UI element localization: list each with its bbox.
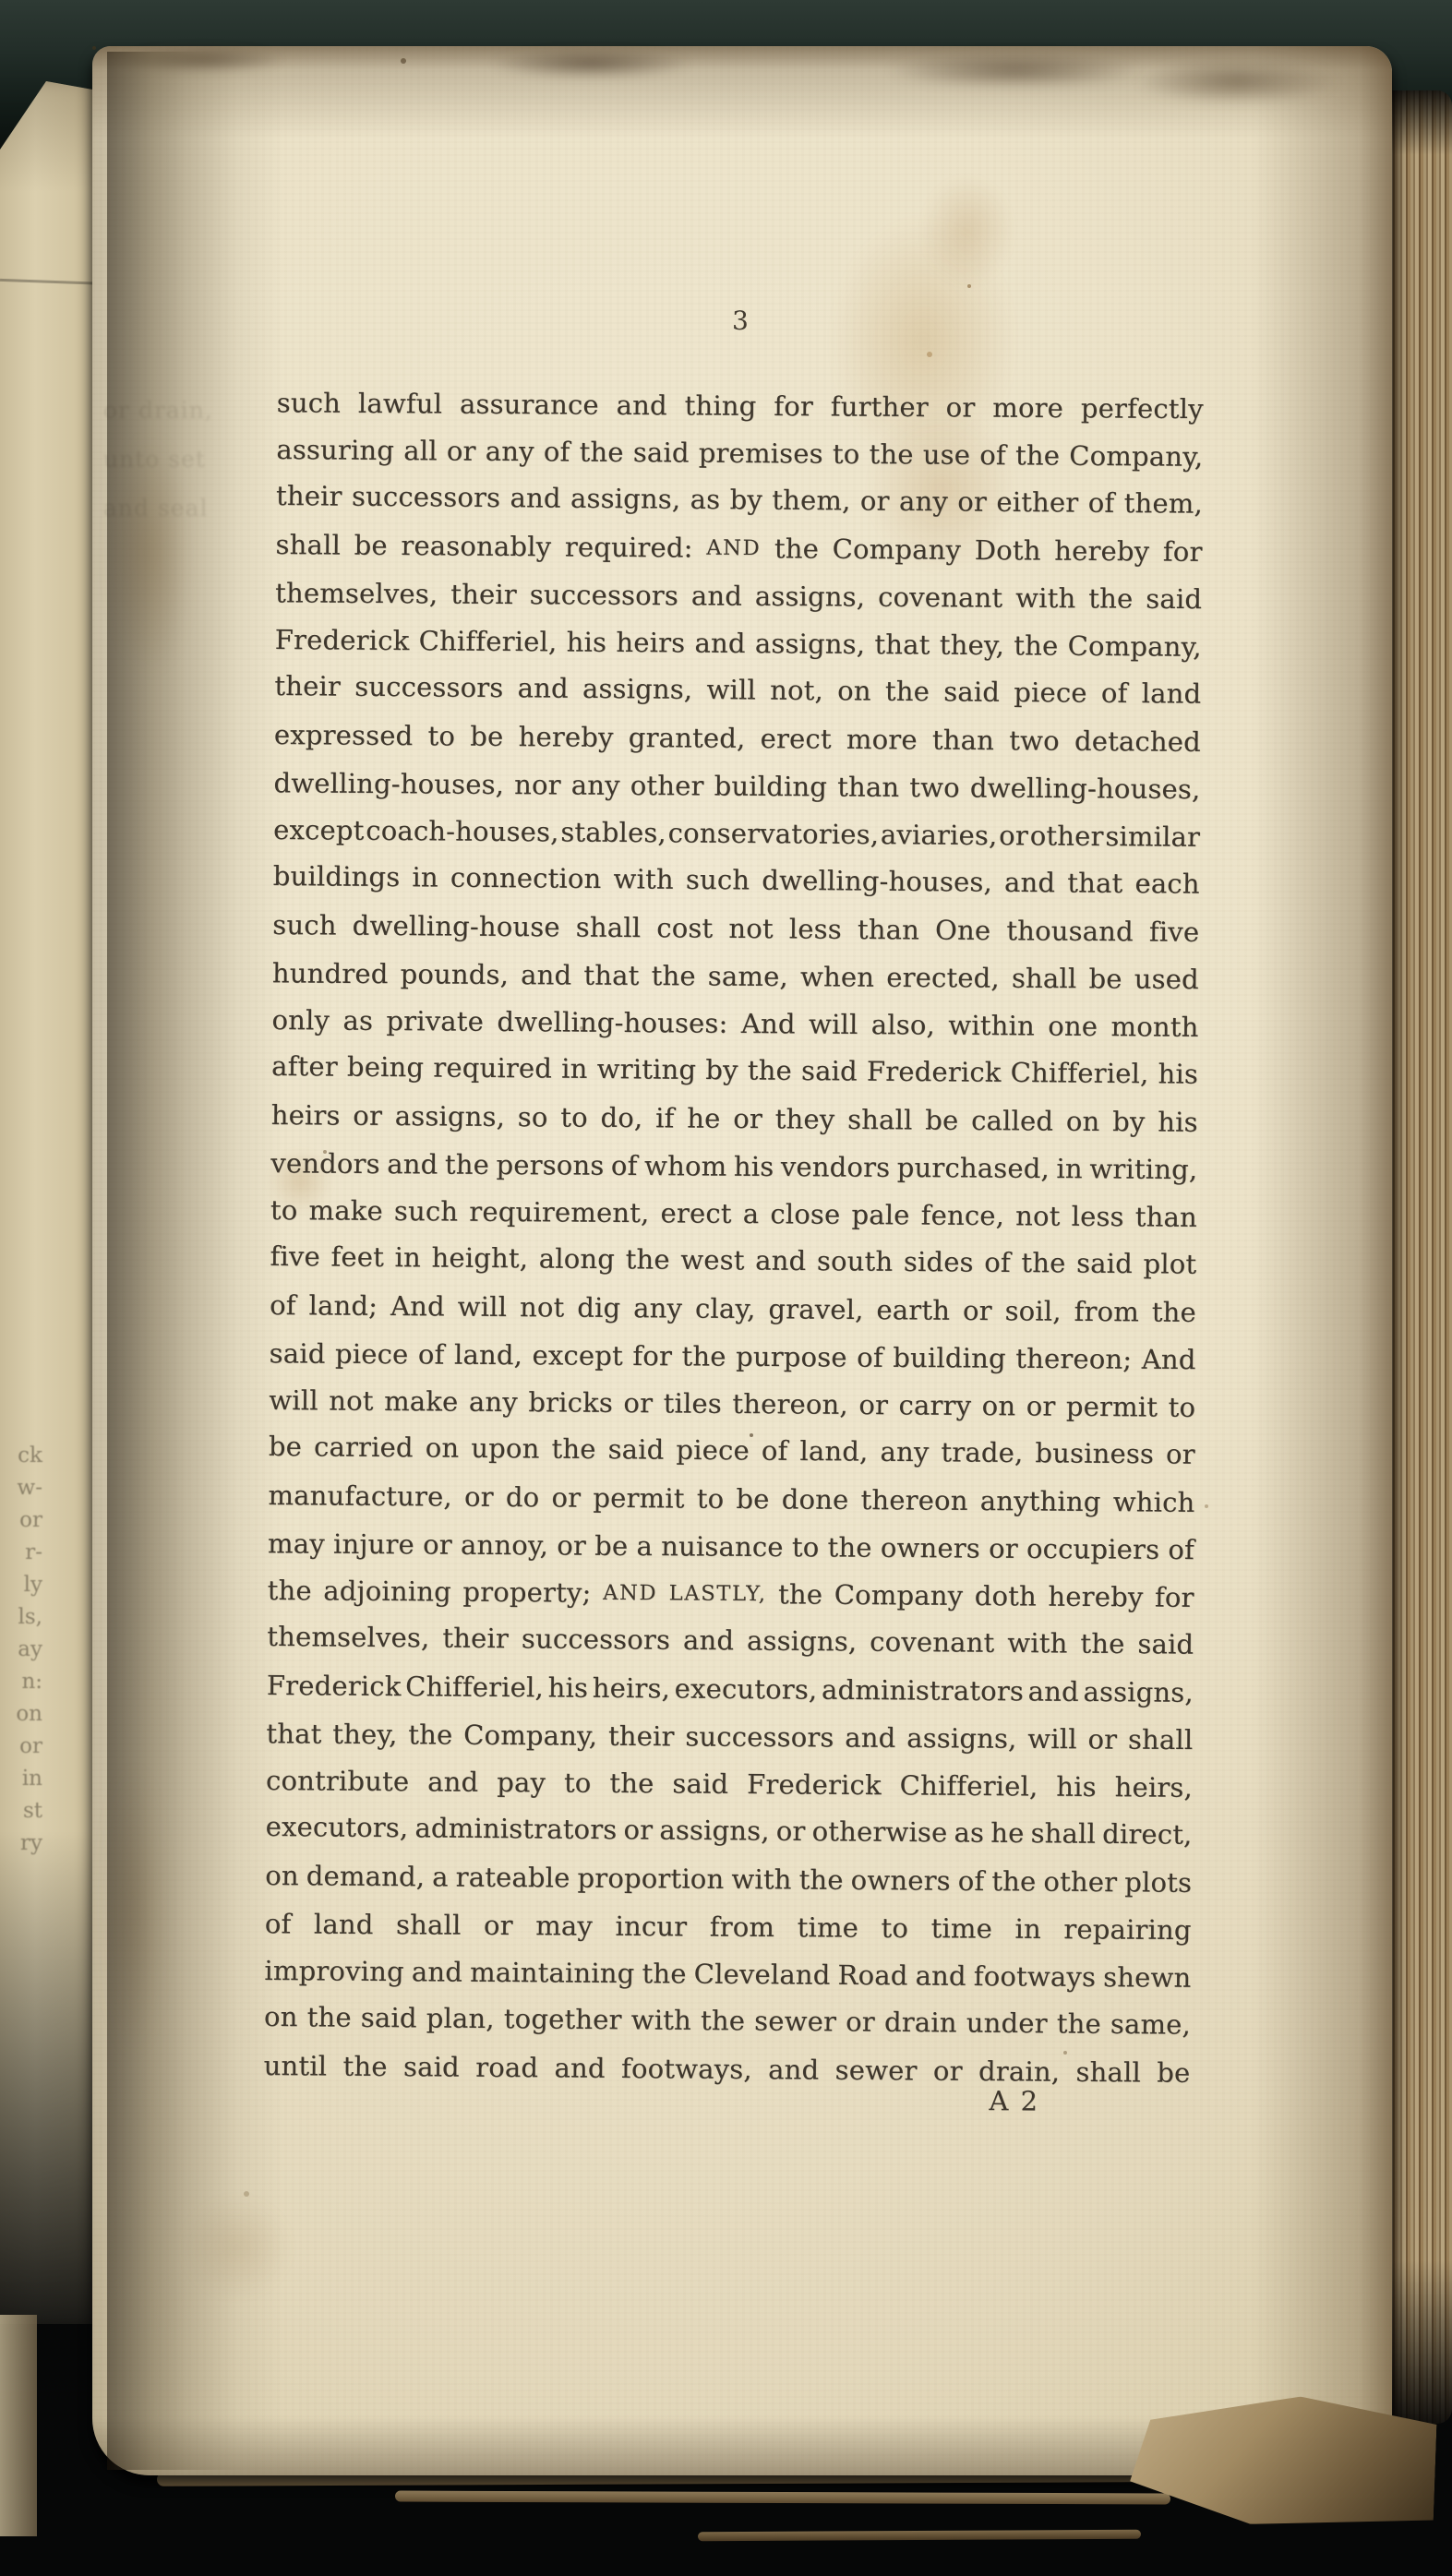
cut-off-text-fragment: st	[0, 1801, 42, 1822]
bleedthrough-text: unto set	[103, 435, 260, 484]
text-line: becarriedonuponthesaidpieceofland,anytra…	[269, 1428, 1195, 1483]
top-edge-grime	[886, 52, 1145, 89]
text-line: shallbereasonablyrequired:ANDtheCompanyD…	[275, 525, 1202, 580]
stain	[102, 1763, 166, 2058]
top-edge-grime	[1135, 57, 1338, 105]
text-line: saidpieceofland,exceptforthepurposeofbui…	[270, 1335, 1196, 1388]
cut-off-text-fragment: or	[0, 1510, 42, 1531]
book-photograph: ckw-orr-lyls,ayn:onorinstry or drain,unt…	[0, 0, 1452, 2576]
stain	[921, 175, 1014, 286]
cut-off-text-fragment: ry	[0, 1833, 42, 1854]
text-line: FrederickChifferiel,hisheirs,executors,a…	[267, 1666, 1194, 1720]
cut-off-text-fragment: r-	[0, 1542, 42, 1564]
text-line: hundredpounds,andthatthesame,whenerected…	[272, 954, 1199, 1008]
cut-off-text-fragment: n:	[0, 1671, 42, 1693]
cut-off-text-fragment: ls,	[0, 1607, 42, 1628]
text-line: theadjoiningproperty;ANDLASTLY,theCompan…	[267, 1571, 1194, 1625]
printed-text-block: 3 suchlawfulassuranceandthingforfurthero…	[263, 383, 1204, 2102]
text-line: onthesaidplan,togetherwiththesewerordrai…	[264, 1998, 1191, 2054]
cut-off-text-fragment: on	[0, 1704, 42, 1725]
text-line: assuringalloranyofthesaidpremisestotheus…	[276, 430, 1203, 485]
text-line: theirsuccessorsandassigns,asbythem,orany…	[276, 477, 1203, 533]
text-line: dwelling-houses,noranyotherbuildingthant…	[273, 764, 1200, 818]
page-number: 3	[277, 302, 1204, 340]
text-line: buildingsinconnectionwithsuchdwelling-ho…	[273, 857, 1200, 913]
text-line: onlyasprivatedwelling-houses:Andwillalso…	[271, 1000, 1198, 1055]
cut-off-text-fragment: w-	[0, 1478, 42, 1499]
text-line: executors,administratorsorassigns,orothe…	[265, 1808, 1192, 1863]
ink-specks	[92, 46, 96, 50]
body-text: suchlawfulassuranceandthingforfurtherorm…	[263, 383, 1204, 2102]
text-line: theirsuccessorsandassigns,willnot,onthes…	[274, 667, 1201, 723]
text-line: themselves,theirsuccessorsandassigns,cov…	[275, 574, 1202, 628]
text-line: afterbeingrequiredinwritingbythesaidFred…	[271, 1048, 1198, 1103]
text-line: tomakesuchrequirement,erectaclosepalefen…	[270, 1191, 1197, 1245]
text-line: expressedtobeherebygranted,erectmorethan…	[274, 715, 1201, 770]
text-line: ondemand,arateableproportionwiththeowner…	[265, 1856, 1192, 1911]
bleedthrough-text: or drain,	[103, 386, 260, 435]
top-edge-grime	[489, 48, 692, 79]
bottom-page-edge	[395, 2491, 1170, 2505]
fore-edge-page-stack	[1385, 90, 1452, 2424]
cut-off-text-fragment: ly	[0, 1575, 42, 1596]
text-line: improvingandmaintainingtheClevelandRoada…	[264, 1951, 1191, 2006]
text-line: vendorsandthepersonsofwhomhisvendorspurc…	[270, 1144, 1197, 1198]
cut-off-text-fragment: ay	[0, 1639, 42, 1660]
text-line: mayinjureorannoy,orbeanuisancetotheowner…	[268, 1525, 1194, 1578]
text-line: willnotmakeanybricksortilesthereon,orcar…	[269, 1381, 1195, 1435]
signature-mark: A 2	[989, 2085, 1039, 2116]
text-line: FrederickChifferiel,hisheirsandassigns,t…	[275, 620, 1202, 675]
bleedthrough-print: or drain,unto setand seal	[103, 386, 260, 533]
text-line: oflandshallormayincurfromtimetotimeinrep…	[265, 1905, 1192, 1959]
cut-off-text-fragment: ck	[0, 1445, 42, 1467]
text-line: manufacture,ordoorpermittobedonethereona…	[268, 1476, 1194, 1530]
cut-off-text-fragment: in	[0, 1768, 42, 1790]
text-line: untilthesaidroadandfootways,andsewerordr…	[263, 2046, 1190, 2101]
book-page: or drain,unto setand seal 3 suchlawfulas…	[92, 46, 1392, 2475]
text-line: themselves,theirsuccessorsandassigns,cov…	[267, 1618, 1194, 1673]
text-line: exceptcoach-houses,stables,conservatorie…	[273, 810, 1200, 865]
stain	[181, 2197, 292, 2298]
text-line: suchdwelling-houseshallcostnotlessthanOn…	[272, 905, 1199, 960]
text-line: contributeandpaytothesaidFrederickChiffe…	[266, 1761, 1193, 1815]
bottom-page-edge	[698, 2530, 1141, 2542]
text-line: suchlawfulassuranceandthingforfurtherorm…	[277, 384, 1204, 437]
cut-off-text-fragment: or	[0, 1736, 42, 1757]
bleedthrough-text: and seal	[103, 484, 260, 533]
top-edge-grime	[118, 46, 284, 74]
text-line: fivefeetinheight,alongthewestandsouthsid…	[270, 1238, 1196, 1293]
text-line: thatthey,theCompany,theirsuccessorsandas…	[266, 1715, 1193, 1768]
text-line: heirsorassigns,sotodo,ifheortheyshallbec…	[271, 1096, 1198, 1150]
text-line: ofland;Andwillnotdiganyclay,gravel,earth…	[270, 1286, 1196, 1340]
bottom-left-page-sliver	[0, 2315, 37, 2536]
